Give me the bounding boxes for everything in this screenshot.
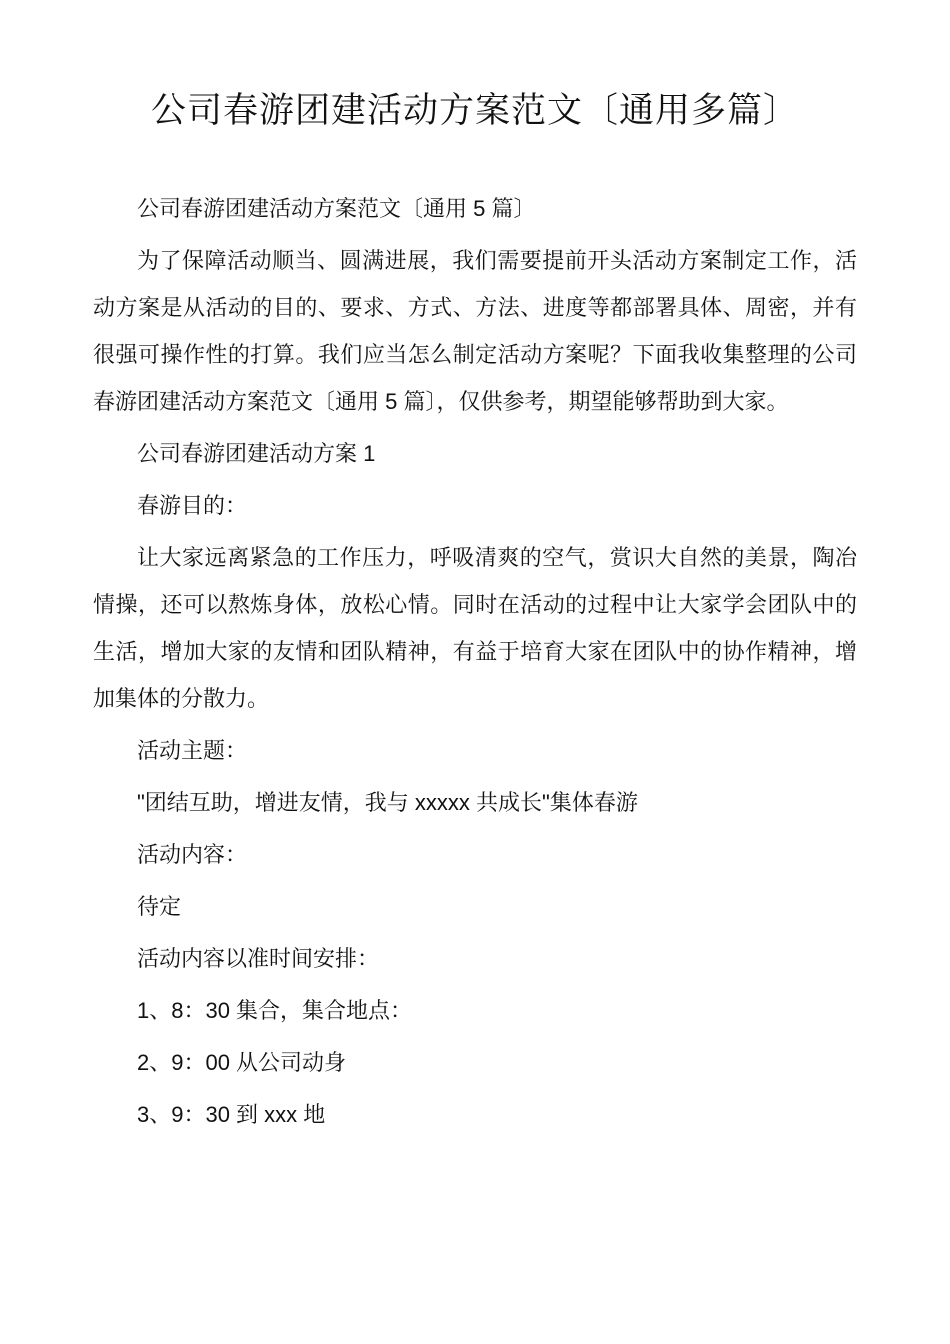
paragraph: 公司春游团建活动方案范文〔通用 5 篇〕 — [93, 185, 857, 232]
paragraph: 1、8：30 集合，集合地点： — [93, 987, 857, 1034]
paragraph: 活动内容以准时间安排： — [93, 935, 857, 982]
paragraph: "团结互助，增进友情，我与 xxxxx 共成长"集体春游 — [93, 779, 857, 826]
document-page: 公司春游团建活动方案范文〔通用多篇〕 公司春游团建活动方案范文〔通用 5 篇〕为… — [0, 0, 950, 1344]
paragraph: 待定 — [93, 883, 857, 930]
document-body: 公司春游团建活动方案范文〔通用 5 篇〕为了保障活动顺当、圆满进展，我们需要提前… — [93, 185, 857, 1138]
paragraph: 活动主题： — [93, 727, 857, 774]
paragraph: 春游目的： — [93, 482, 857, 529]
document-title: 公司春游团建活动方案范文〔通用多篇〕 — [0, 0, 950, 135]
paragraph: 让大家远离紧急的工作压力，呼吸清爽的空气，赏识大自然的美景，陶冶情操，还可以熬炼… — [93, 534, 857, 722]
paragraph: 公司春游团建活动方案 1 — [93, 430, 857, 477]
paragraph: 3、9：30 到 xxx 地 — [93, 1091, 857, 1138]
paragraph: 活动内容： — [93, 831, 857, 878]
paragraph: 2、9：00 从公司动身 — [93, 1039, 857, 1086]
paragraph: 为了保障活动顺当、圆满进展，我们需要提前开头活动方案制定工作，活动方案是从活动的… — [93, 237, 857, 425]
